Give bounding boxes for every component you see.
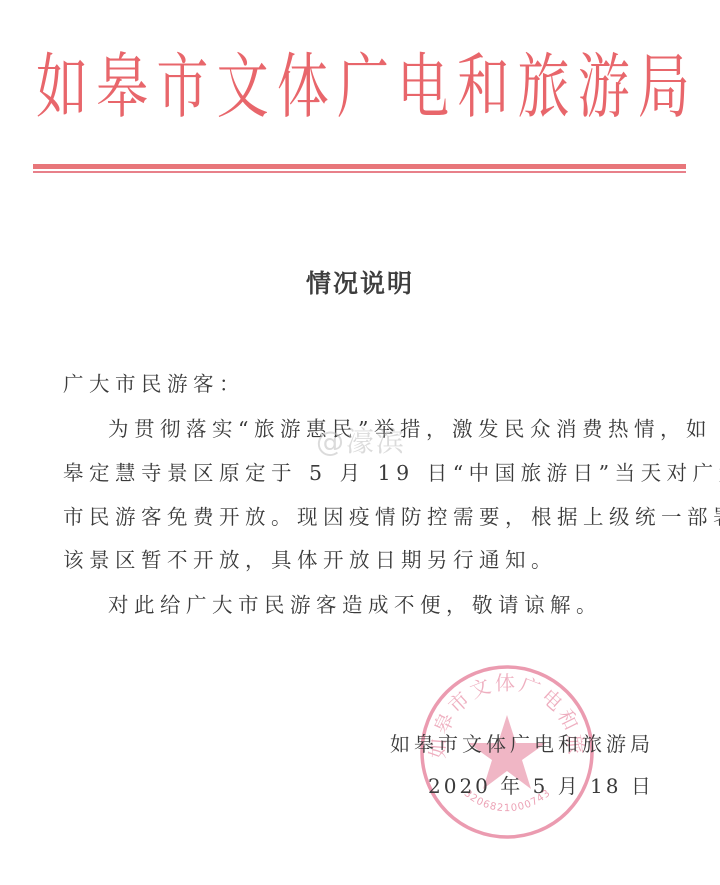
signature-organization: 如皋市文体广电和旅游局 xyxy=(390,728,654,757)
watermark: @濠滨 xyxy=(316,420,406,460)
letterhead-char: 旅 xyxy=(518,34,566,142)
document-title: 情况说明 xyxy=(0,264,720,300)
letterhead-char: 如 xyxy=(36,34,84,142)
letterhead-char: 皋 xyxy=(96,34,144,142)
letterhead-divider-thin xyxy=(33,171,686,173)
letterhead-char: 体 xyxy=(277,34,325,142)
letterhead-char: 游 xyxy=(578,34,626,142)
paragraph-line: 市民游客免费开放。现因疫情防控需要，根据上级统一部署， xyxy=(63,503,720,531)
letterhead-char: 和 xyxy=(457,34,505,142)
salutation: 广大市民游客： xyxy=(63,370,245,398)
letterhead-char: 电 xyxy=(397,34,445,142)
letterhead-org-name: 如 皋 市 文 体 广 电 和 旅 游 局 xyxy=(36,48,686,128)
signature-date: 2020 年 5 月 18 日 xyxy=(428,770,654,799)
paragraph-line: 为贯彻落实“旅游惠民”举措，激发民众消费热情，如 xyxy=(108,415,712,443)
paragraph-line: 该景区暂不开放，具体开放日期另行通知。 xyxy=(63,546,557,574)
letterhead-char: 市 xyxy=(156,34,204,142)
letterhead-char: 文 xyxy=(217,34,265,142)
closing-paragraph: 对此给广大市民游客造成不便，敬请谅解。 xyxy=(108,591,602,619)
letterhead-char: 广 xyxy=(337,34,385,142)
letterhead-char: 局 xyxy=(638,34,686,142)
paragraph-line: 皋定慧寺景区原定于 5 月 19 日“中国旅游日”当天对广大 xyxy=(63,459,720,487)
letterhead-divider-thick xyxy=(33,164,686,169)
